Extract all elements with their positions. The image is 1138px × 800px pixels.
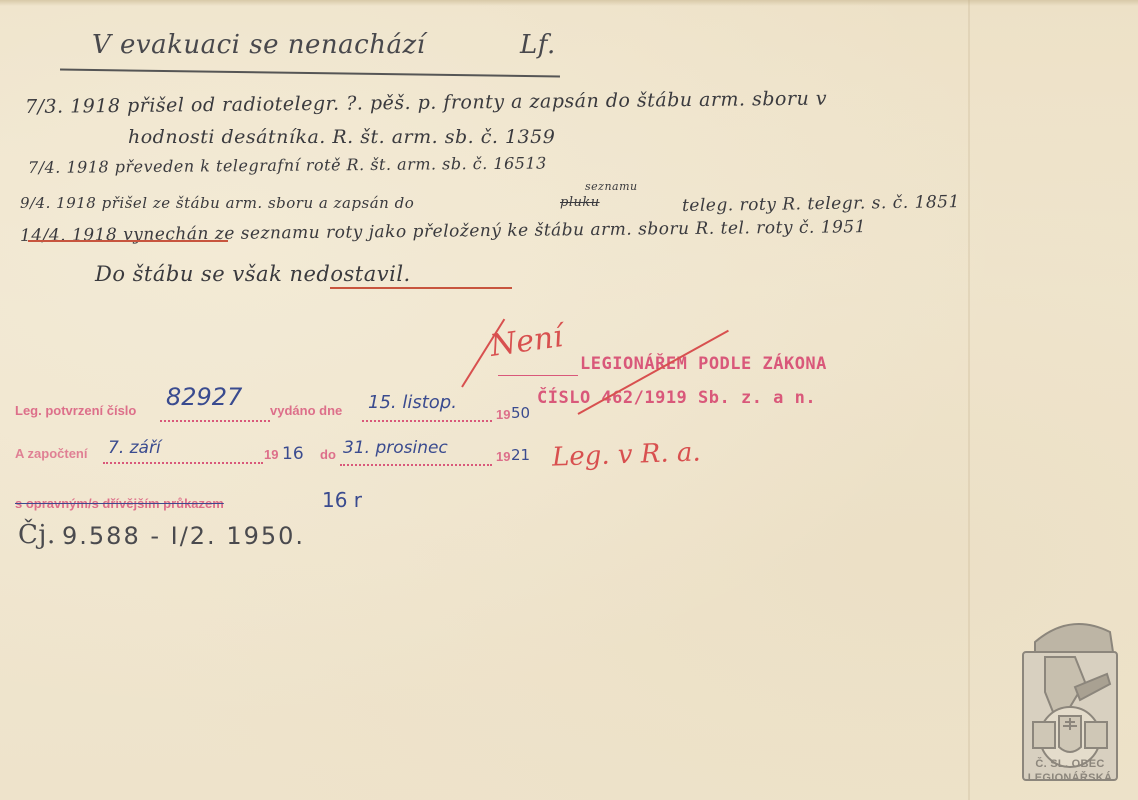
record-card: V evakuaci se nenachází Lf. 7/3. 1918 př… — [0, 0, 1138, 800]
heading-underline — [60, 69, 560, 78]
field-label-until: do — [320, 447, 336, 462]
field-line — [103, 462, 263, 464]
field-value-issued-on: 15. listop. — [368, 392, 457, 413]
field-year2-suffix: 21 — [511, 446, 530, 464]
entry-1-line-2: hodnosti desátníka. R. št. arm. sb. č. 1… — [128, 126, 555, 148]
reference-prefix: Čj. — [18, 520, 56, 550]
entry-4-red-underline — [28, 240, 228, 242]
field-label-struck-card: s opravným/s dřívějším průkazem — [15, 496, 224, 511]
reference-number: 9.588 - I/2. 1950. — [62, 522, 305, 550]
obec-legionarska-logo: Č. SL. OBEC LEGIONÁŘSKÁ — [1015, 612, 1125, 790]
red-note: Leg. v R. a. — [552, 437, 702, 472]
entry-3: 9/4. 1918 přišel ze štábu arm. sboru a z… — [20, 194, 414, 212]
logo-text-line-2: LEGIONÁŘSKÁ — [1015, 772, 1125, 784]
stamp-line-1: LEGIONÁŘEM PODLE ZÁKONA — [580, 354, 827, 374]
stamp-leader-line — [498, 375, 578, 376]
field-value-counted-from: 7. září — [108, 438, 161, 458]
field-value-until: 31. prosinec — [343, 438, 448, 458]
entry-2: 7/4. 1918 převeden k telegrafní rotě R. … — [28, 153, 547, 177]
field-value-card: 16 r — [322, 488, 362, 512]
field-line — [362, 420, 492, 422]
heading-annotation: Lf. — [520, 30, 556, 60]
entry-5-red-underline — [330, 287, 512, 289]
field-year1-suffix: 16 — [282, 444, 304, 464]
heading-text: V evakuaci se nenachází — [92, 30, 425, 60]
entry-5: Do štábu se však nedostavil. — [95, 262, 411, 286]
field-label-issued-on: vydáno dne — [270, 403, 342, 418]
entry-1-line-1: 7/3. 1918 přišel od radiotelegr. ?. pěš.… — [25, 88, 827, 118]
field-value-confirmation-number: 82927 — [166, 383, 242, 411]
field-year1-prefix: 19 — [264, 447, 278, 462]
field-label-confirmation-number: Leg. potvrzení číslo — [15, 403, 136, 418]
paper-fold — [968, 0, 970, 800]
entry-3-struck-word: pluku — [560, 195, 600, 210]
field-year-prefix: 19 — [496, 407, 510, 422]
field-year2-prefix: 19 — [496, 449, 510, 464]
field-line — [160, 420, 270, 422]
stamp-line-2: ČÍSLO 462/1919 Sb. z. a n. — [537, 388, 816, 408]
entry-3-continuation: teleg. roty R. telegr. s. č. 1851 — [682, 192, 960, 216]
entry-3-insertion: seznamu — [585, 180, 638, 193]
field-year-suffix: 50 — [511, 404, 530, 422]
logo-text-line-1: Č. SL. OBEC — [1015, 758, 1125, 770]
field-line — [340, 464, 492, 466]
field-label-counted-from: A započtení — [15, 446, 87, 461]
